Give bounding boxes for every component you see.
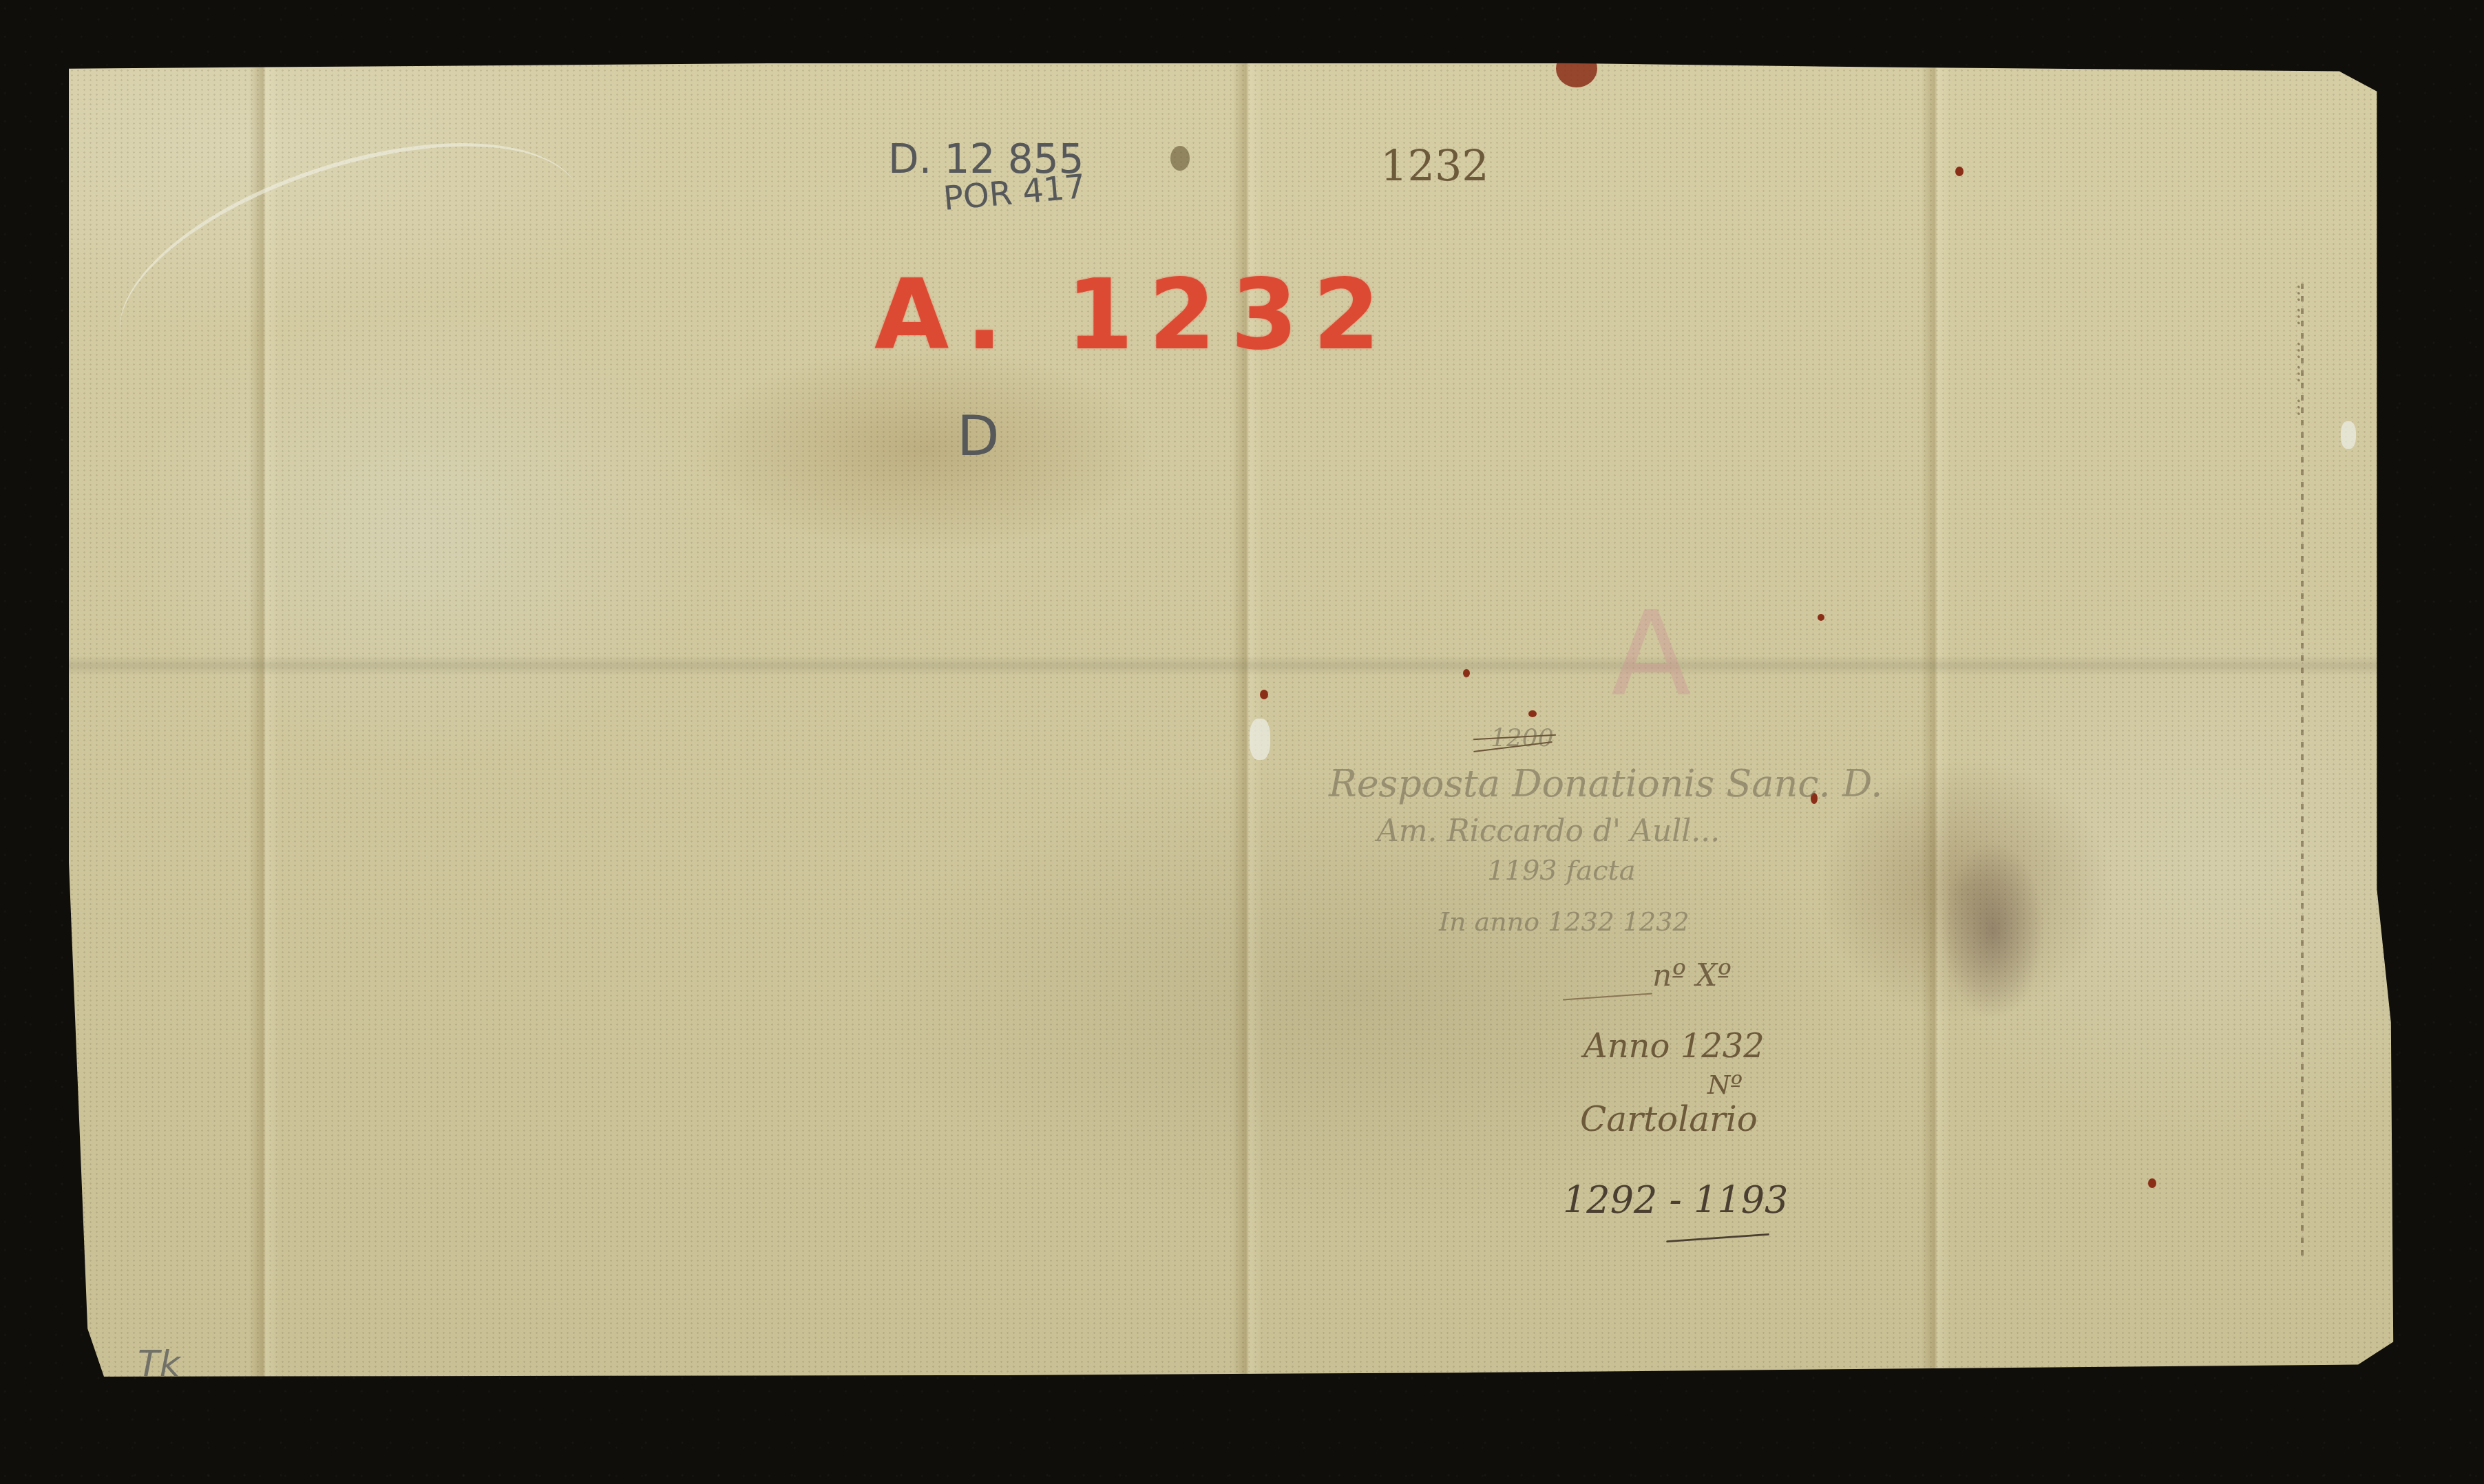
- rust-speck: [1463, 669, 1470, 677]
- parchment-sheet: D. 12 855 POR 417 A. 1232 D 1232 A 1200 …: [69, 63, 2410, 1395]
- abrasion-patch: [2341, 421, 2356, 449]
- underline: [1666, 1233, 1769, 1242]
- rust-speck: [1955, 167, 1964, 176]
- water-stain-right: [1941, 841, 2045, 1020]
- endorsement-line-3: 1193 facta: [1487, 855, 1636, 887]
- endorsement-line-4: In anno 1232 1232: [1439, 907, 1690, 937]
- right-margin-ink-trace: [2301, 284, 2304, 1261]
- date-range: 1292 - 1193: [1563, 1178, 1788, 1222]
- abrasion-patch: [1250, 719, 1270, 760]
- corner-crease: [90, 94, 613, 443]
- fold-line-horizontal: [69, 655, 2410, 676]
- number-line: Nº: [1707, 1070, 1743, 1100]
- year-line: Anno 1232: [1583, 1027, 1765, 1066]
- pencil-letter: D: [957, 404, 1000, 468]
- endorsement-line-1: Resposta Donationis Sanc. D.: [1329, 762, 1882, 805]
- ink-blot: [1170, 146, 1190, 171]
- endorsement-line-2: Am. Riccardo d' Aull...: [1377, 814, 1720, 849]
- number-mark: nº Xº: [1652, 958, 1732, 993]
- red-chalk-date: A. 1232: [874, 259, 1396, 372]
- ink-dash: [1563, 993, 1652, 1000]
- ink-number-top: 1232: [1380, 140, 1489, 191]
- rust-speck: [1260, 690, 1268, 699]
- rust-speck: [2148, 1178, 2156, 1188]
- faint-pink-mark: A: [1611, 586, 1691, 723]
- rust-speck: [1818, 614, 1824, 621]
- right-margin-text: …… …… …: [2293, 284, 2315, 1247]
- rust-speck: [1528, 710, 1537, 717]
- fold-line-vertical-3: [1921, 63, 1951, 1395]
- catalog-word: Cartolario: [1580, 1099, 1758, 1139]
